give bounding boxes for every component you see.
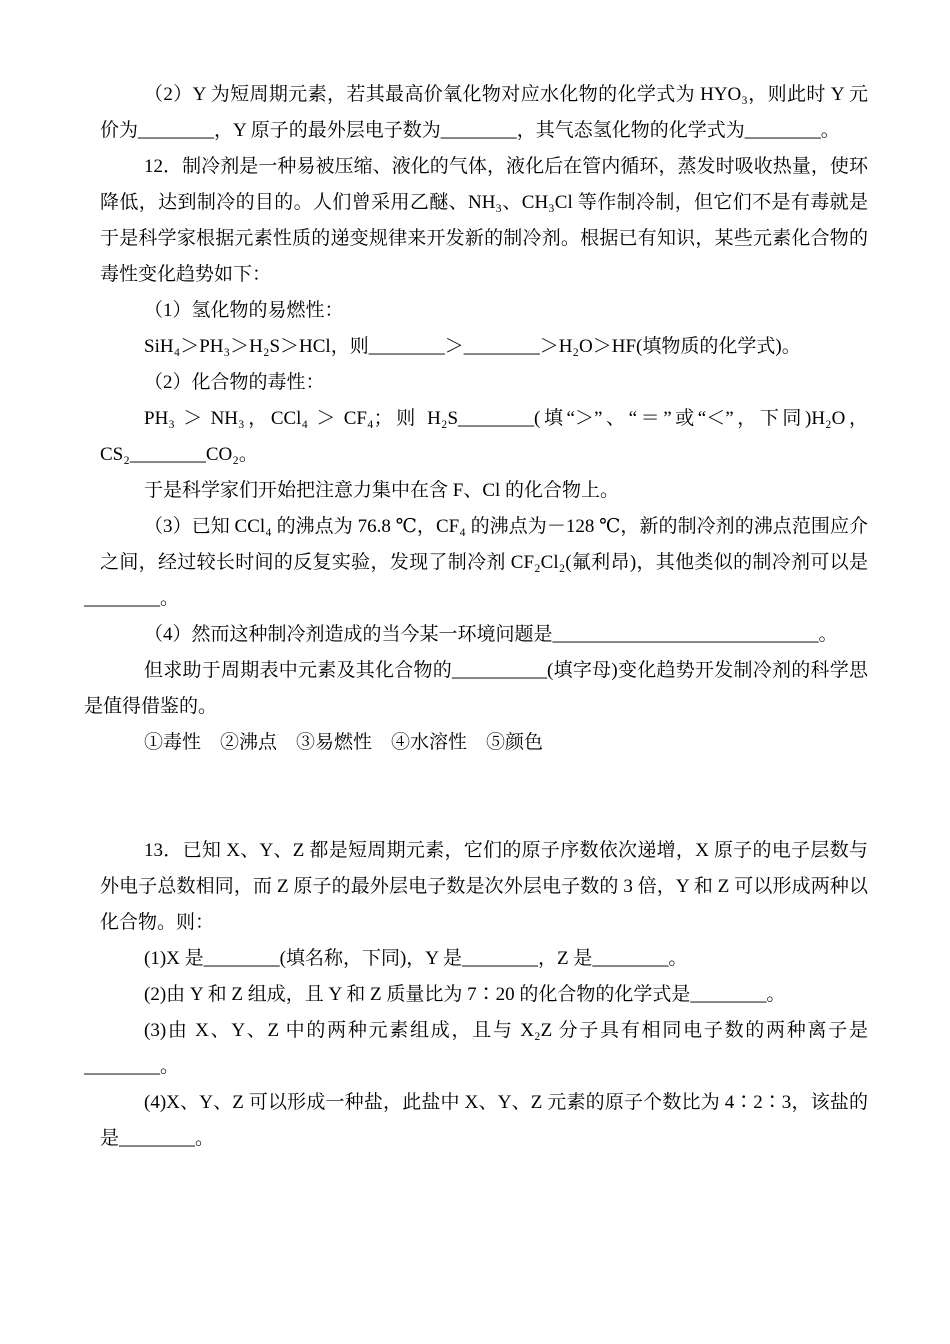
q12-options-row-1: A．①②③B．②④⑤ — [100, 761, 868, 797]
q13-sub1-line: (1)X 是________(填名称，下同)，Y 是________，Z 是__… — [100, 941, 868, 977]
q12-sub2-relation-line2: CS₂________CO₂。 — [100, 437, 868, 473]
q12-stem-line4: 毒性变化趋势如下： — [100, 257, 868, 293]
q12-sub2-heading: （2）化合物的毒性： — [100, 365, 868, 401]
q11-sub2-line1: （2）Y 为短周期元素，若其最高价氧化物对应水化物的化学式为 HYO₃，则此时 … — [100, 77, 868, 113]
q12-sub3-line2: 之间，经过较长时间的反复实验，发现了制冷剂 CF₂Cl₂(氟利昂)，其他类似的制… — [100, 545, 868, 581]
q13-sub3-blank-line: ________。 — [84, 1049, 868, 1085]
q12-method-line1: 但求助于周期表中元素及其化合物的__________(填字母)变化趋势开发制冷剂… — [100, 653, 868, 689]
q12-method-line2: 是值得借鉴的。 — [84, 689, 868, 725]
q12-stem-line1: 12．制冷剂是一种易被压缩、液化的气体，液化后在管内循环，蒸发时吸收热量，使环境… — [100, 149, 868, 185]
q12-sub2-relation-line1: PH₃ ＞ NH₃，CCl₄ ＞ CF₄；则 H₂S________(填“＞”、… — [100, 401, 868, 437]
q12-sub4-line: （4）然而这种制冷剂造成的当今某一环境问题是__________________… — [100, 617, 868, 653]
q13-sub4-line1: (4)X、Y、Z 可以形成一种盐，此盐中 X、Y、Z 元素的原子个数比为 4∶2… — [100, 1085, 868, 1121]
q12-stem-line2: 降低，达到制冷的目的。人们曾采用乙醚、NH₃、CH₃Cl 等作制冷制，但它们不是… — [100, 185, 868, 221]
q12-stem-line3: 于是科学家根据元素性质的递变规律来开发新的制冷剂。根据已有知识，某些元素化合物的… — [100, 221, 868, 257]
q12-sub1-heading: （1）氢化物的易燃性： — [100, 293, 868, 329]
q13-stem-line2: 外电子总数相同，而 Z 原子的最外层电子数是次外层电子数的 3 倍，Y 和 Z … — [100, 869, 868, 905]
q12-sub3-blank-line: ________。 — [84, 581, 868, 617]
q12-focus-note: 于是科学家们开始把注意力集中在含 F、Cl 的化合物上。 — [100, 473, 868, 509]
q12-choice-items-line: ①毒性 ②沸点 ③易燃性 ④水溶性 ⑤颜色 — [100, 725, 868, 761]
document-page: （2）Y 为短周期元素，若其最高价氧化物对应水化物的化学式为 HYO₃，则此时 … — [0, 0, 868, 1157]
q13-sub4-line2: 是________。 — [100, 1121, 868, 1157]
q13-sub3-line1: (3)由 X、Y、Z 中的两种元素组成，且与 X₂Z 分子具有相同电子数的两种离… — [100, 1013, 868, 1049]
q13-stem-line1: 13．已知 X、Y、Z 都是短周期元素，它们的原子序数依次递增，X 原子的电子层… — [100, 833, 868, 869]
q12-sub3-line1: （3）已知 CCl₄ 的沸点为 76.8 ℃，CF₄ 的沸点为－128 ℃，新的… — [100, 509, 868, 545]
q12-sub1-relation-line: SiH₄＞PH₃＞H₂S＞HCl，则________＞________＞H₂O＞… — [100, 329, 868, 365]
q11-sub2-line2: 价为________，Y 原子的最外层电子数为________，其气态氢化物的化… — [100, 113, 868, 149]
q13-stem-line3: 化合物。则： — [100, 905, 868, 941]
q12-options-row-2: C．②③④D．①②④⑤ — [100, 797, 868, 833]
q13-sub2-line: (2)由 Y 和 Z 组成，且 Y 和 Z 质量比为 7∶20 的化合物的化学式… — [100, 977, 868, 1013]
